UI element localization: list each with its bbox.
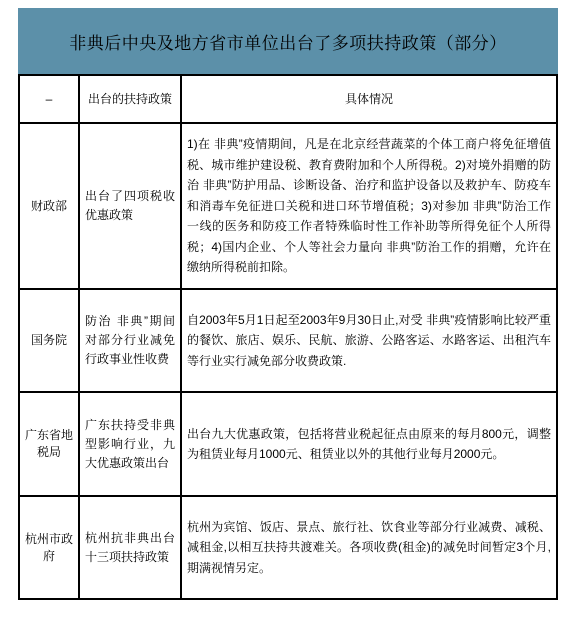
details-cell: 杭州为宾馆、饭店、景点、旅行社、饮食业等部分行业减费、减税、减租金,以相互扶持共… [181,496,557,599]
table-title: 非典后中央及地方省市单位出台了多项扶持政策（部分） [18,8,558,74]
table-row: 广东省地税局 广东扶持受非典型影响行业，九大优惠政策出台 出台九大优惠政策，包括… [19,392,557,496]
header-org: – [19,75,79,123]
policy-cell: 杭州抗非典出台十三项扶持政策 [79,496,181,599]
org-cell: 国务院 [19,289,79,392]
org-cell: 杭州市政府 [19,496,79,599]
policy-cell: 防治 非典”期间对部分行业减免行政事业性收费 [79,289,181,392]
policy-table-figure: 非典后中央及地方省市单位出台了多项扶持政策（部分） – 出台的扶持政策 具体情况… [18,8,558,600]
org-cell: 广东省地税局 [19,392,79,496]
table-header-row: – 出台的扶持政策 具体情况 [19,75,557,123]
table-row: 国务院 防治 非典”期间对部分行业减免行政事业性收费 自2003年5月1日起至2… [19,289,557,392]
header-policy: 出台的扶持政策 [79,75,181,123]
details-cell: 自2003年5月1日起至2003年9月30日止,对受 非典”疫情影响比较严重的餐… [181,289,557,392]
table-row: 财政部 出台了四项税收优惠政策 1)在 非典”疫情期间，凡是在北京经营蔬菜的个体… [19,123,557,289]
policy-cell: 出台了四项税收优惠政策 [79,123,181,289]
details-cell: 1)在 非典”疫情期间，凡是在北京经营蔬菜的个体工商户将免征增值税、城市维护建设… [181,123,557,289]
table-row: 杭州市政府 杭州抗非典出台十三项扶持政策 杭州为宾馆、饭店、景点、旅行社、饮食业… [19,496,557,599]
policy-table: – 出台的扶持政策 具体情况 财政部 出台了四项税收优惠政策 1)在 非典”疫情… [18,74,558,600]
header-details: 具体情况 [181,75,557,123]
org-cell: 财政部 [19,123,79,289]
details-cell: 出台九大优惠政策，包括将营业税起征点由原来的每月800元，调整为租赁业每月100… [181,392,557,496]
policy-cell: 广东扶持受非典型影响行业，九大优惠政策出台 [79,392,181,496]
